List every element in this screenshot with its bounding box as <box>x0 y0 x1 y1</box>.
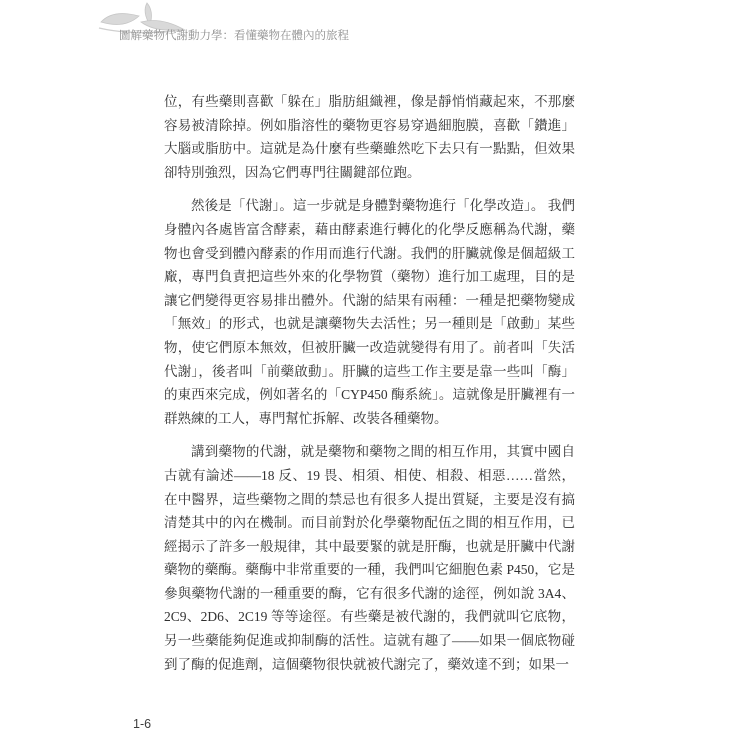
text-line: 卻特別強烈，因為它們專門往關鍵部位跑。 <box>164 161 575 185</box>
text-line: 代謝」，後者叫「前藥啟動」。肝臟的這些工作主要是靠一些叫「酶」 <box>164 360 575 384</box>
book-page: 圖解藥物代謝動力學：看懂藥物在體內的旅程 位，有些藥則喜歡「躲在」脂肪組織裡，像… <box>0 0 750 750</box>
page-number: 1-6 <box>133 717 151 731</box>
text-line: 參與藥物代謝的一種重要的酶，它有很多代謝的途徑，例如說 3A4、 <box>164 582 575 606</box>
text-line: 身體內各處皆富含酵素，藉由酵素進行轉化的化學反應稱為代謝，藥 <box>164 218 575 242</box>
text-line: 大腦或脂肪中。這就是為什麼有些藥雖然吃下去只有一點點，但效果 <box>164 137 575 161</box>
paragraph: 然後是「代謝」。這一步就是身體對藥物進行「化學改造」。 我們身體內各處皆富含酵素… <box>164 194 575 430</box>
text-line: 位，有些藥則喜歡「躲在」脂肪組織裡，像是靜悄悄藏起來，不那麼 <box>164 90 575 114</box>
text-line: 2C9、2D6、2C19 等等途徑。有些藥是被代謝的，我們就叫它底物，而 <box>164 605 575 629</box>
text-line: 經揭示了許多一般規律，其中最要緊的就是肝酶，也就是肝臟中代謝 <box>164 535 575 559</box>
text-line: 廠，專門負責把這些外來的化學物質（藥物）進行加工處理，目的是 <box>164 265 575 289</box>
text-line: 的東西來完成，例如著名的「CYP450 酶系統」。這就像是肝臟裡有一 <box>164 383 575 407</box>
text-line: 然後是「代謝」。這一步就是身體對藥物進行「化學改造」。 我們 <box>164 194 575 218</box>
text-line: 容易被清除掉。例如脂溶性的藥物更容易穿過細胞膜，喜歡「鑽進」 <box>164 114 575 138</box>
text-line: 物，使它們原本無效，但被肝臟一改造就變得有用了。前者叫「失活 <box>164 336 575 360</box>
text-line: 到了酶的促進劑，這個藥物很快就被代謝完了，藥效達不到；如果一 <box>164 653 575 677</box>
text-line: 清楚其中的內在機制。而目前對於化學藥物配伍之間的相互作用，已 <box>164 511 575 535</box>
paragraph: 講到藥物的代謝，就是藥物和藥物之間的相互作用，其實中國自古就有論述——18 反、… <box>164 440 575 676</box>
text-line: 在中醫界，這些藥物之間的禁忌也有很多人提出質疑，主要是沒有搞 <box>164 488 575 512</box>
text-line: 古就有論述——18 反、19 畏、相須、相使、相殺、相惡……當然， <box>164 464 575 488</box>
text-line: 物也會受到體內酵素的作用而進行代謝。我們的肝臟就像是個超級工 <box>164 242 575 266</box>
text-line: 「無效」的形式，也就是讓藥物失去活性；另一種則是「啟動」某些藥 <box>164 312 575 336</box>
running-head-title: 圖解藥物代謝動力學：看懂藥物在體內的旅程 <box>119 29 349 43</box>
text-line: 藥物的藥酶。藥酶中非常重要的一種，我們叫它細胞色素 P450，它是 <box>164 558 575 582</box>
text-line: 講到藥物的代謝，就是藥物和藥物之間的相互作用，其實中國自 <box>164 440 575 464</box>
text-line: 讓它們變得更容易排出體外。代謝的結果有兩種：一種是把藥物變成 <box>164 289 575 313</box>
text-line: 群熟練的工人，專門幫忙拆解、改裝各種藥物。 <box>164 407 575 431</box>
text-line: 另一些藥能夠促進或抑制酶的活性。這就有趣了——如果一個底物碰 <box>164 629 575 653</box>
text-block: 位，有些藥則喜歡「躲在」脂肪組織裡，像是靜悄悄藏起來，不那麼容易被清除掉。例如脂… <box>164 90 575 676</box>
paragraph: 位，有些藥則喜歡「躲在」脂肪組織裡，像是靜悄悄藏起來，不那麼容易被清除掉。例如脂… <box>164 90 575 184</box>
